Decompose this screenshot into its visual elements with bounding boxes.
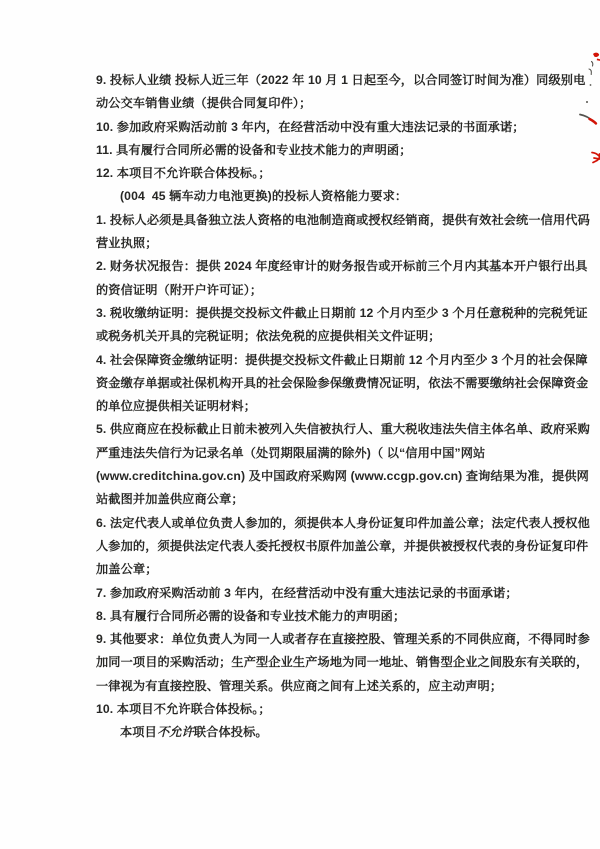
doc-line: (004 45 辆车动力电池更换)的投标人资格能力要求： <box>96 185 588 208</box>
doc-line: 一律视为有直接控股、管理关系。供应商之间有上述关系的，应主动声明； <box>96 675 588 698</box>
doc-line: 9. 其他要求：单位负责人为同一人或者存在直接控股、管理关系的不同供应商，不得同… <box>96 628 588 651</box>
pen-stroke-curl <box>589 62 593 75</box>
doc-line-text: 11. 具有履行合同所必需的设备和专业技术能力的声明函； <box>96 143 412 157</box>
doc-line-text: 或税务机关开具的完税证明；依法免税的应提供相关文件证明； <box>96 329 441 343</box>
doc-line-text: 12. 本项目不允许联合体投标。； <box>96 166 271 180</box>
doc-line-text: 6. 法定代表人或单位负责人参加的，须提供本人身份证复印件加盖公章；法定代表人授… <box>96 516 590 530</box>
doc-line: 的单位应提供相关证明材料； <box>96 395 588 418</box>
doc-line-text: (004 45 辆车动力电池更换)的投标人资格能力要求： <box>120 189 407 203</box>
doc-line: 营业执照； <box>96 232 588 255</box>
red-ink-fragment-bottom <box>592 153 600 163</box>
doc-line-text: 人参加的，须提供法定代表人委托授权书原件加盖公章，并提供被授权代表的身份证复印件 <box>96 539 588 553</box>
doc-line: 4. 社会保障资金缴纳证明：提供提交投标文件截止日期前 12 个月内至少 3 个… <box>96 349 588 372</box>
doc-line-text: 营业执照； <box>96 236 158 250</box>
pen-dot-1 <box>590 84 592 86</box>
document-text-block: 9. 投标人业绩 投标人近三年（2022 年 10 月 1 日起至今，以合同签订… <box>96 69 588 745</box>
doc-line: 6. 法定代表人或单位负责人参加的，须提供本人身份证复印件加盖公章；法定代表人授… <box>96 512 588 535</box>
doc-line-text: 3. 税收缴纳证明：提供提交投标文件截止日期前 12 个月内至少 3 个月任意税… <box>96 306 588 320</box>
doc-line-text: 动公交车销售业绩（提供合同复印件）； <box>96 96 311 110</box>
doc-line: (www.creditchina.gov.cn) 及中国政府采购网 (www.c… <box>96 465 588 488</box>
doc-line-text: 的资信证明（附开户许可证）； <box>96 283 262 297</box>
doc-line-text: 本项目 <box>120 725 157 739</box>
doc-line: 11. 具有履行合同所必需的设备和专业技术能力的声明函； <box>96 139 588 162</box>
red-ink-fragment-top <box>593 53 600 61</box>
doc-line-text: 加盖公章； <box>96 562 158 576</box>
document-page: 9. 投标人业绩 投标人近三年（2022 年 10 月 1 日起至今，以合同签订… <box>0 0 600 849</box>
doc-line: 动公交车销售业绩（提供合同复印件）； <box>96 92 588 115</box>
doc-line: 10. 本项目不允许联合体投标。； <box>96 698 588 721</box>
doc-line: 站截图并加盖供应商公章； <box>96 488 588 511</box>
doc-line: 12. 本项目不允许联合体投标。； <box>96 162 588 185</box>
doc-line: 加盖公章； <box>96 558 588 581</box>
doc-line-text: 1. 投标人必须是具备独立法人资格的电池制造商或授权经销商，提供有效社会统一信用… <box>96 213 590 227</box>
doc-line-text: 7. 参加政府采购活动前 3 年内，在经营活动中没有重大违法记录的书面承诺； <box>96 586 518 600</box>
doc-line-text: 站截图并加盖供应商公章； <box>96 492 244 506</box>
doc-line-text: 10. 本项目不允许联合体投标。； <box>96 702 271 716</box>
doc-line-emphasis: 不允许 <box>157 725 194 739</box>
doc-line-text: 8. 具有履行合同所必需的设备和专业技术能力的声明函； <box>96 609 405 623</box>
doc-line: 人参加的，须提供法定代表人委托授权书原件加盖公章，并提供被授权代表的身份证复印件 <box>96 535 588 558</box>
doc-line-text: 9. 投标人业绩 投标人近三年（2022 年 10 月 1 日起至今，以合同签订… <box>96 73 585 87</box>
doc-line-text: 4. 社会保障资金缴纳证明：提供提交投标文件截止日期前 12 个月内至少 3 个… <box>96 353 588 367</box>
doc-line-text: 加同一项目的采购活动；生产型企业生产场地为同一地址、销售型企业之间股东有关联的， <box>96 655 588 669</box>
doc-line: 3. 税收缴纳证明：提供提交投标文件截止日期前 12 个月内至少 3 个月任意税… <box>96 302 588 325</box>
doc-line-text: 10. 参加政府采购活动前 3 年内，在经营活动中没有重大违法记录的书面承诺； <box>96 120 525 134</box>
doc-line: 5. 供应商应在投标截止日前未被列入失信被执行人、重大税收违法失信主体名单、政府… <box>96 418 588 441</box>
doc-line-text: 资金缴存单据或社保机构开具的社会保险参保缴费情况证明，依法不需要缴纳社会保障资金 <box>96 376 588 390</box>
doc-line-text: 严重违法失信行为记录名单（处罚期限届满的除外)（ 以“信用中国”网站 <box>96 446 485 460</box>
doc-line: 资金缴存单据或社保机构开具的社会保险参保缴费情况证明，依法不需要缴纳社会保障资金 <box>96 372 588 395</box>
doc-line-text: 9. 其他要求：单位负责人为同一人或者存在直接控股、管理关系的不同供应商，不得同… <box>96 632 590 646</box>
doc-line: 严重违法失信行为记录名单（处罚期限届满的除外)（ 以“信用中国”网站 <box>96 442 588 465</box>
doc-line: 加同一项目的采购活动；生产型企业生产场地为同一地址、销售型企业之间股东有关联的， <box>96 651 588 674</box>
doc-line: 7. 参加政府采购活动前 3 年内，在经营活动中没有重大违法记录的书面承诺； <box>96 582 588 605</box>
doc-line: 的资信证明（附开户许可证）； <box>96 279 588 302</box>
doc-line: 本项目不允许联合体投标。 <box>96 721 588 744</box>
doc-line: 或税务机关开具的完税证明；依法免税的应提供相关文件证明； <box>96 325 588 348</box>
doc-line-text: 2. 财务状况报告：提供 2024 年度经审计的财务报告或开标前三个月内其基本开… <box>96 259 588 273</box>
doc-line: 10. 参加政府采购活动前 3 年内，在经营活动中没有重大违法记录的书面承诺； <box>96 116 588 139</box>
doc-line: 9. 投标人业绩 投标人近三年（2022 年 10 月 1 日起至今，以合同签订… <box>96 69 588 92</box>
doc-line-text: 5. 供应商应在投标截止日前未被列入失信被执行人、重大税收违法失信主体名单、政府… <box>96 422 590 436</box>
doc-line: 2. 财务状况报告：提供 2024 年度经审计的财务报告或开标前三个月内其基本开… <box>96 255 588 278</box>
doc-line-text: 一律视为有直接控股、管理关系。供应商之间有上述关系的，应主动声明； <box>96 679 502 693</box>
doc-line-text: (www.creditchina.gov.cn) 及中国政府采购网 (www.c… <box>96 469 589 483</box>
doc-line: 1. 投标人必须是具备独立法人资格的电池制造商或授权经销商，提供有效社会统一信用… <box>96 209 588 232</box>
doc-line-text: 联合体投标。 <box>194 725 268 739</box>
doc-line: 8. 具有履行合同所必需的设备和专业技术能力的声明函； <box>96 605 588 628</box>
doc-line-text: 的单位应提供相关证明材料； <box>96 399 256 413</box>
